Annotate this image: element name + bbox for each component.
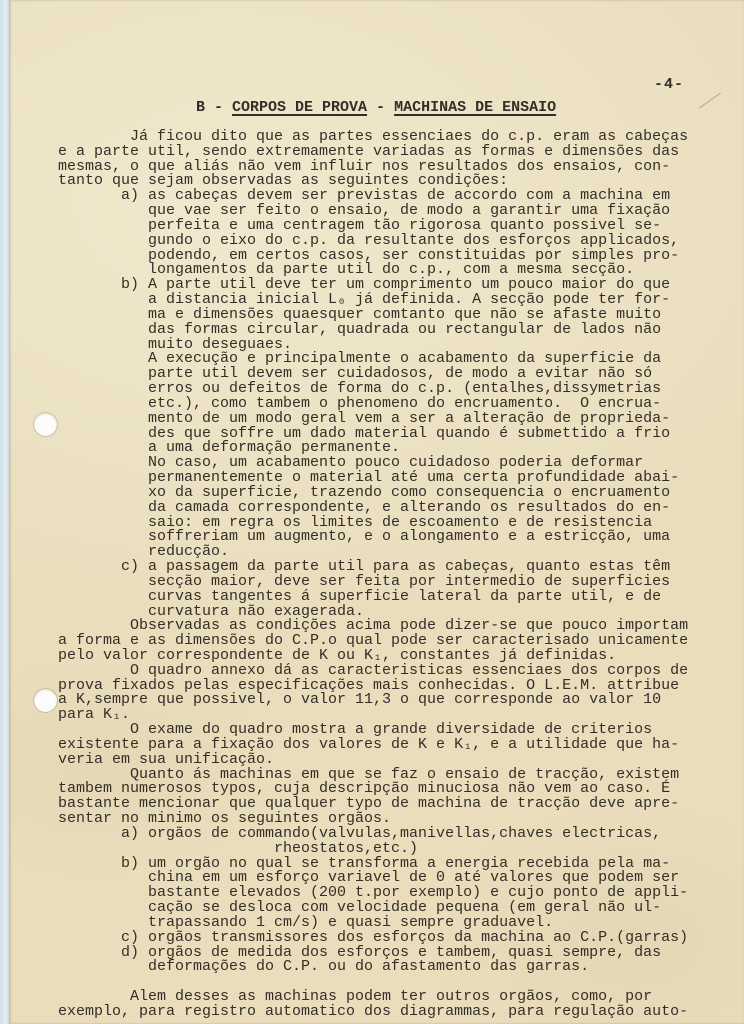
document-title: B - CORPOS DE PROVA - MACHINAS DE ENSAIO	[196, 99, 556, 116]
title-separator: -	[367, 99, 394, 116]
page-number: -4-	[654, 76, 684, 93]
title-prefix: B -	[196, 99, 232, 116]
punch-hole-bottom	[34, 689, 57, 712]
document-body: Já ficou dito que as partes essenciaes d…	[58, 130, 688, 1020]
title-underlined-part-1: CORPOS DE PROVA	[232, 99, 367, 116]
text-line: deformações do C.P. ou do afastamento da…	[58, 960, 688, 975]
text-line: exemplo, para registro automatico dos di…	[58, 1005, 688, 1020]
scanned-document-page: -4- B - CORPOS DE PROVA - MACHINAS DE EN…	[0, 0, 744, 1024]
paper-sheet: -4- B - CORPOS DE PROVA - MACHINAS DE EN…	[9, 0, 744, 1024]
punch-hole-top	[34, 413, 57, 436]
pencil-scratch-mark	[699, 93, 721, 109]
text-line: a K,sempre que possivel, o valor 11,3 o …	[58, 693, 688, 708]
title-underlined-part-2: MACHINAS DE ENSAIO	[394, 99, 556, 116]
